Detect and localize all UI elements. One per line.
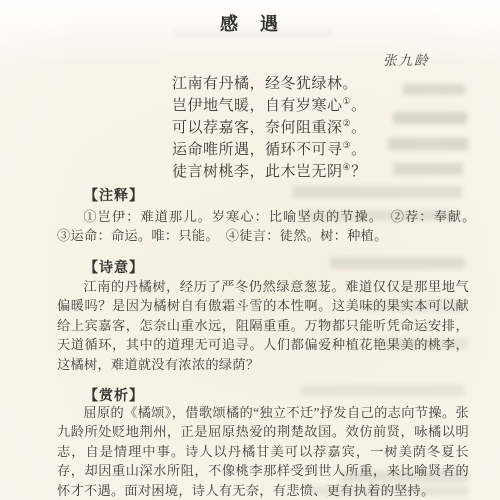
notes-section-body: ①岂伊：难道那儿。岁寒心：比喻坚贞的节操。 ②荐：奉献。 ③运命：命运。唯：只能… bbox=[57, 207, 469, 246]
analysis-section-body: 屈原的《橘颂》，借歌颂橘的“独立不迁”抒发自己的志向节操。张九龄所处贬地荆州，正… bbox=[57, 403, 469, 500]
meaning-section-heading: 【诗意】 bbox=[84, 257, 144, 277]
page-bleed-through bbox=[393, 163, 463, 175]
scanned-book-page: 感 遇 张九龄 江南有丹橘，经冬犹绿林。 岂伊地气暖，自有岁寒心①。 可以荐嘉客… bbox=[0, 0, 500, 500]
poem-author: 张九龄 bbox=[383, 49, 430, 69]
poem-line: 运命唯所遇，循环不可寻③。 bbox=[172, 134, 367, 156]
notes-section-heading: 【注释】 bbox=[84, 185, 144, 205]
page-bleed-through bbox=[292, 186, 462, 198]
page-bleed-through bbox=[388, 138, 468, 150]
page-bleed-through bbox=[393, 112, 467, 124]
note-ref-superscript: ① bbox=[343, 96, 352, 106]
page-bleed-through bbox=[330, 257, 465, 269]
meaning-section-body: 江南的丹橘树，经历了严冬仍然绿意葱茏。难道仅仅是那里地气偏暖吗？是因为橘树自有傲… bbox=[57, 277, 469, 374]
note-ref-superscript: ③ bbox=[343, 140, 352, 150]
poem-text: 江南有丹橘，经冬犹绿林。 岂伊地气暖，自有岁寒心①。 可以荐嘉客，奈何阻重深②。… bbox=[172, 68, 367, 178]
note-ref-superscript: ④ bbox=[343, 162, 352, 172]
note-ref-superscript: ② bbox=[343, 118, 352, 128]
page-bleed-through bbox=[403, 84, 465, 95]
poem-line-punct: ？ bbox=[351, 164, 367, 180]
poem-line: 江南有丹橘，经冬犹绿林。 bbox=[172, 68, 367, 90]
analysis-section-heading: 【赏析】 bbox=[84, 385, 144, 405]
poem-line-text: 徒言树桃李，此木岂无阴 bbox=[172, 164, 343, 180]
poem-title: 感 遇 bbox=[0, 10, 500, 36]
poem-line: 岂伊地气暖，自有岁寒心①。 bbox=[172, 90, 367, 112]
page-bleed-through bbox=[300, 385, 465, 396]
poem-line: 可以荐嘉客，奈何阻重深②。 bbox=[172, 112, 367, 134]
poem-line: 徒言树桃李，此木岂无阴④？ bbox=[172, 156, 367, 178]
